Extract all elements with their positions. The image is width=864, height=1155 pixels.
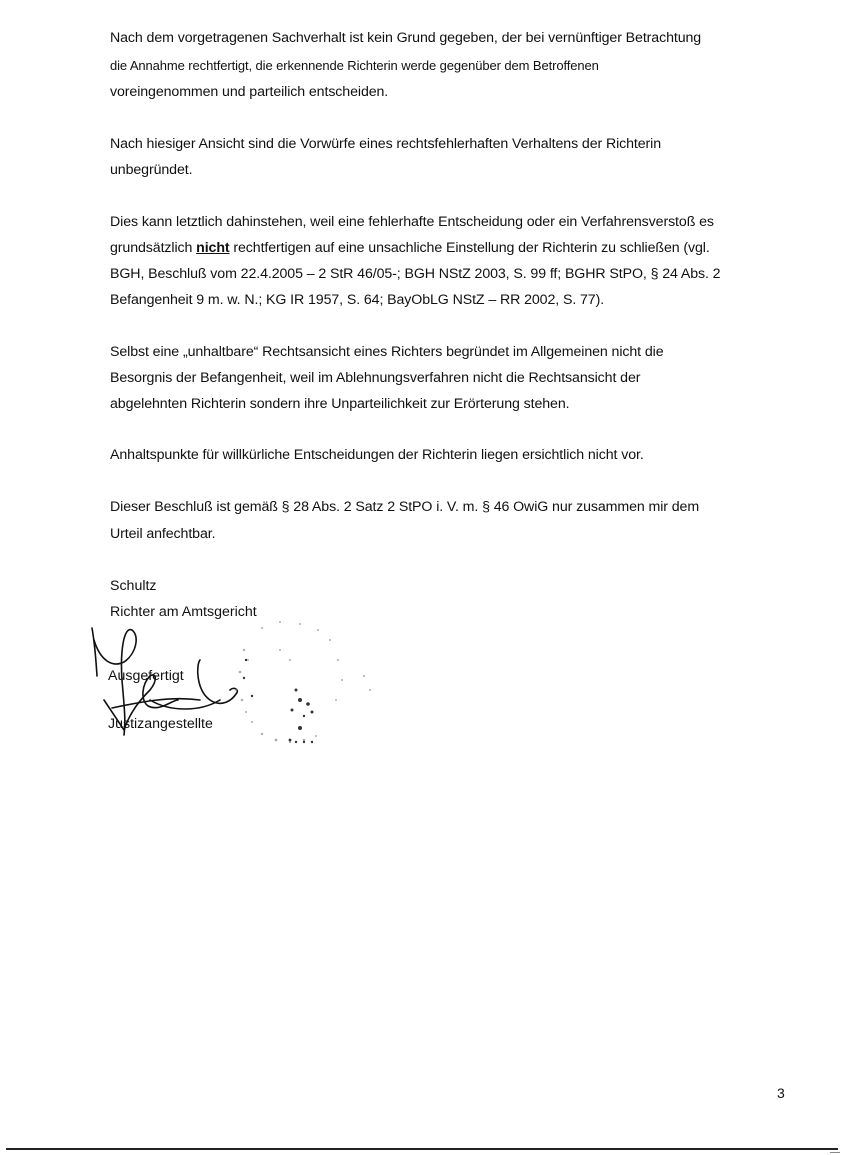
signer-name: Schultz	[110, 578, 157, 594]
paragraph-4-line-1: Selbst eine „unhaltbare“ Rechtsansicht e…	[110, 344, 664, 360]
paragraph-3-line-4: Befangenheit 9 m. w. N.; KG IR 1957, S. …	[110, 292, 604, 308]
paragraph-1-line-3: voreingenommen und parteilich entscheide…	[110, 84, 388, 100]
document-page: Nach dem vorgetragenen Sachverhalt ist k…	[0, 0, 864, 1155]
paragraph-3-line-2: grundsätzlich nicht rechtfertigen auf ei…	[110, 240, 710, 256]
paragraph-3-line-3: BGH, Beschluß vom 22.4.2005 – 2 StR 46/0…	[110, 266, 720, 282]
paragraph-6-line-1: Dieser Beschluß ist gemäß § 28 Abs. 2 Sa…	[110, 499, 699, 515]
text-before-emphasis: grundsätzlich	[110, 240, 196, 256]
page-number: 3	[777, 1085, 785, 1101]
paragraph-4-line-2: Besorgnis der Befangenheit, weil im Able…	[110, 370, 640, 386]
paragraph-3-line-1: Dies kann letztlich dahinstehen, weil ei…	[110, 214, 714, 230]
certified-label: Ausgefertigt	[108, 668, 184, 684]
emphasis-nicht: nicht	[196, 240, 229, 256]
clerk-label: Justizangestellte	[108, 716, 213, 732]
bottom-border-mark	[830, 1152, 840, 1153]
paragraph-1-line-2: die Annahme rechtfertigt, die erkennende…	[110, 58, 599, 73]
paragraph-4-line-3: abgelehnten Richterin sondern ihre Unpar…	[110, 396, 569, 412]
bottom-border-line	[6, 1148, 838, 1150]
paragraph-2-line-1: Nach hiesiger Ansicht sind die Vorwürfe …	[110, 136, 661, 152]
paragraph-6-line-2: Urteil anfechtbar.	[110, 526, 215, 542]
signer-title: Richter am Amtsgericht	[110, 604, 257, 620]
paragraph-2-line-2: unbegründet.	[110, 162, 192, 178]
paragraph-1-line-1: Nach dem vorgetragenen Sachverhalt ist k…	[110, 30, 701, 46]
paragraph-5-line-1: Anhaltspunkte für willkürliche Entscheid…	[110, 447, 644, 463]
text-after-emphasis: rechtfertigen auf eine unsachliche Einst…	[230, 240, 710, 256]
